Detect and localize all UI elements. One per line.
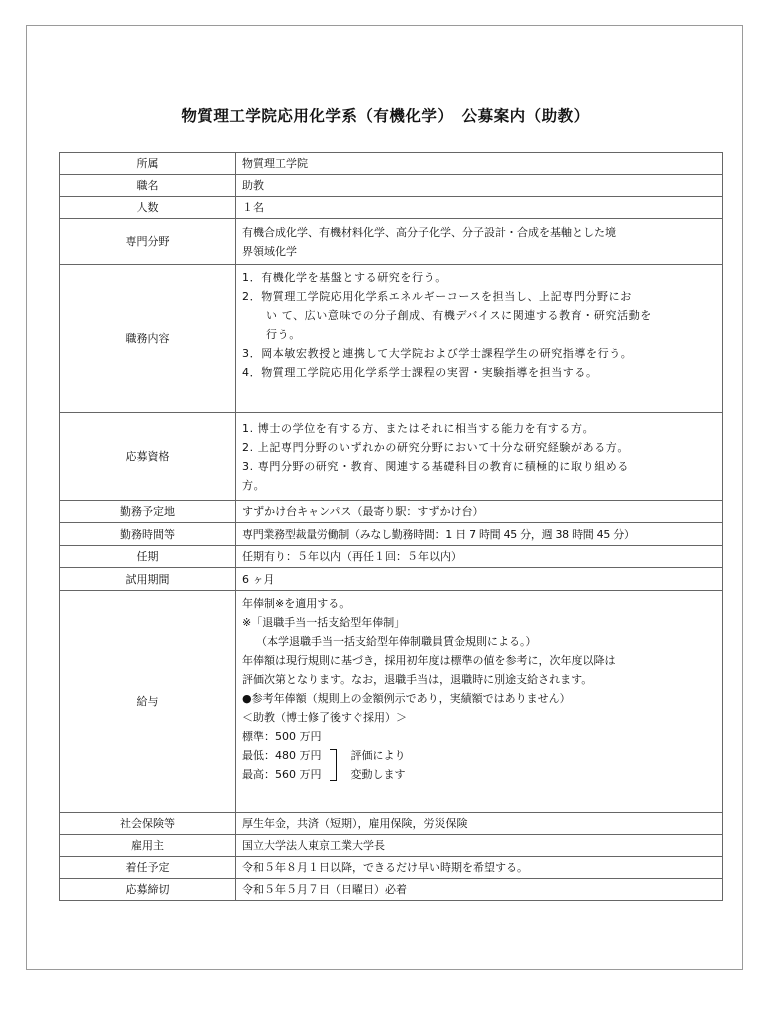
row-value-headcount: １名 — [236, 197, 723, 219]
row-value-position: 助教 — [236, 175, 723, 197]
text-line: 標準：500 万円 — [242, 727, 716, 746]
text-line: 年俸額は現行規則に基づき，採用初年度は標準の値を参考に，次年度以降は — [242, 651, 716, 670]
text-line: 2. 上記専門分野のいずれかの研究分野において十分な研究経験がある方。 — [242, 438, 716, 457]
text-line: ＜助教（博士修了後すぐ採用）＞ — [242, 708, 716, 727]
row-value-field: 有機合成化学、有機材料化学、高分子化学、分子設計・合成を基軸とした境 界領域化学 — [236, 219, 723, 265]
table-row: 職務内容 1．有機化学を基盤とする研究を行う。 2．物質理工学院応用化学系エネル… — [60, 265, 723, 413]
table-row: 専門分野 有機合成化学、有機材料化学、高分子化学、分子設計・合成を基軸とした境 … — [60, 219, 723, 265]
text-line: 有機合成化学、有機材料化学、高分子化学、分子設計・合成を基軸とした境 — [242, 223, 716, 242]
row-value-affiliation: 物質理工学院 — [236, 153, 723, 175]
text-line: 2．物質理工学院応用化学系エネルギーコースを担当し、上記専門分野にお — [242, 287, 716, 306]
row-value-deadline: 令和５年５月７日（日曜日）必着 — [236, 879, 723, 901]
text-line: い て、広い意味での分子創成、有機デバイスに関連する教育・研究活動を — [242, 306, 716, 325]
row-label: 給与 — [60, 591, 236, 813]
row-value-location: すずかけ台キャンパス（最寄り駅：すずかけ台） — [236, 501, 723, 523]
text-line: ●参考年俸額（規則上の金額例示であり，実績額ではありません） — [242, 689, 716, 708]
table-row: 職名 助教 — [60, 175, 723, 197]
text-line: 3．岡本敏宏教授と連携して大学院および学士課程学生の研究指導を行う。 — [242, 344, 716, 363]
row-label: 応募締切 — [60, 879, 236, 901]
row-label: 任期 — [60, 546, 236, 568]
text-line: 評価次第となります。なお，退職手当は，退職時に別途支給されます。 — [242, 670, 716, 689]
text-line: ※「退職手当一括支給型年俸制」 — [242, 613, 716, 632]
job-info-table: 所属 物質理工学院 職名 助教 人数 １名 専門分野 有機合成化学、有機材料化学… — [59, 152, 723, 901]
row-value-duties: 1．有機化学を基盤とする研究を行う。 2．物質理工学院応用化学系エネルギーコース… — [236, 265, 723, 413]
table-row: 雇用主 国立大学法人東京工業大学長 — [60, 835, 723, 857]
row-value-qualifications: 1. 博士の学位を有する方、またはそれに相当する能力を有する方。 2. 上記専門… — [236, 413, 723, 501]
text-line: 行う。 — [242, 325, 716, 344]
text-line: 1．有機化学を基盤とする研究を行う。 — [242, 268, 716, 287]
row-label: 着任予定 — [60, 857, 236, 879]
salary-note-line: 評価により — [351, 746, 406, 765]
row-label: 試用期間 — [60, 568, 236, 591]
salary-min: 最低：480 万円 — [242, 746, 322, 765]
document-page: 物質理工学院応用化学系（有機化学） 公募案内（助教） 所属 物質理工学院 職名 … — [26, 25, 743, 970]
text-line: 4．物質理工学院応用化学系学士課程の実習・実験指導を担当する。 — [242, 363, 716, 382]
row-label: 専門分野 — [60, 219, 236, 265]
table-row: 試用期間 6 ヶ月 — [60, 568, 723, 591]
row-label: 人数 — [60, 197, 236, 219]
text-line: 方。 — [242, 476, 716, 495]
salary-range: 最低：480 万円 最高：560 万円 評価により 変動します — [242, 746, 716, 784]
table-row: 給与 年俸制※を適用する。 ※「退職手当一括支給型年俸制」 （本学退職手当一括支… — [60, 591, 723, 813]
table-row: 人数 １名 — [60, 197, 723, 219]
table-row: 着任予定 令和５年８月１日以降，できるだけ早い時期を希望する。 — [60, 857, 723, 879]
salary-note: 評価により 変動します — [351, 746, 406, 784]
row-value-working-hours: 専門業務型裁量労働制（みなし勤務時間：1 日 7 時間 45 分，週 38 時間… — [236, 523, 723, 546]
bracket-icon — [330, 749, 337, 781]
text-line: 3. 専門分野の研究・教育、関連する基礎科目の教育に積極的に取り組める — [242, 457, 716, 476]
table-row: 社会保険等 厚生年金，共済（短期），雇用保険，労災保険 — [60, 813, 723, 835]
row-label: 勤務時間等 — [60, 523, 236, 546]
row-value-start-date: 令和５年８月１日以降，できるだけ早い時期を希望する。 — [236, 857, 723, 879]
row-value-term: 任期有り：５年以内（再任１回：５年以内） — [236, 546, 723, 568]
text-line: 1. 博士の学位を有する方、またはそれに相当する能力を有する方。 — [242, 419, 716, 438]
row-label: 所属 — [60, 153, 236, 175]
table-row: 応募締切 令和５年５月７日（日曜日）必着 — [60, 879, 723, 901]
row-value-insurance: 厚生年金，共済（短期），雇用保険，労災保険 — [236, 813, 723, 835]
document-title: 物質理工学院応用化学系（有機化学） 公募案内（助教） — [27, 104, 744, 126]
salary-max: 最高：560 万円 — [242, 765, 322, 784]
row-label: 社会保険等 — [60, 813, 236, 835]
row-value-salary: 年俸制※を適用する。 ※「退職手当一括支給型年俸制」 （本学退職手当一括支給型年… — [236, 591, 723, 813]
row-label: 応募資格 — [60, 413, 236, 501]
text-line: 界領域化学 — [242, 242, 716, 261]
row-label: 雇用主 — [60, 835, 236, 857]
row-value-probation: 6 ヶ月 — [236, 568, 723, 591]
salary-note-line: 変動します — [351, 765, 406, 784]
salary-amounts: 最低：480 万円 最高：560 万円 — [242, 746, 322, 784]
table-row: 勤務時間等 専門業務型裁量労働制（みなし勤務時間：1 日 7 時間 45 分，週… — [60, 523, 723, 546]
row-label: 職務内容 — [60, 265, 236, 413]
row-label: 職名 — [60, 175, 236, 197]
table-row: 所属 物質理工学院 — [60, 153, 723, 175]
row-value-employer: 国立大学法人東京工業大学長 — [236, 835, 723, 857]
table-row: 応募資格 1. 博士の学位を有する方、またはそれに相当する能力を有する方。 2.… — [60, 413, 723, 501]
table-row: 任期 任期有り：５年以内（再任１回：５年以内） — [60, 546, 723, 568]
text-line: 年俸制※を適用する。 — [242, 594, 716, 613]
row-label: 勤務予定地 — [60, 501, 236, 523]
table-row: 勤務予定地 すずかけ台キャンパス（最寄り駅：すずかけ台） — [60, 501, 723, 523]
text-line: （本学退職手当一括支給型年俸制職員賃金規則による。） — [242, 632, 716, 651]
